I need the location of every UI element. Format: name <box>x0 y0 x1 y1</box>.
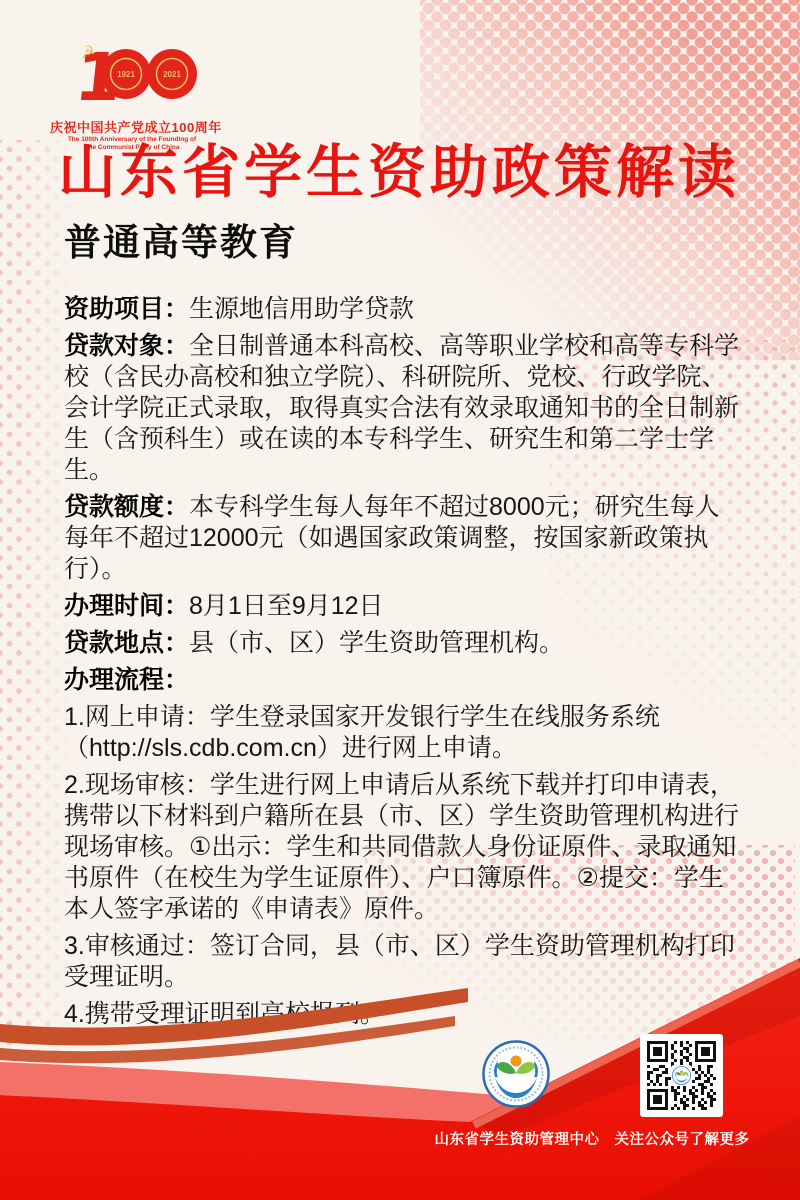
student-aid-center-logo <box>482 1040 550 1108</box>
item-process-heading: 办理流程： <box>64 665 744 696</box>
qr-code <box>640 1034 723 1117</box>
qr-center-logo <box>671 1065 692 1086</box>
item-aid-program: 资助项目：生源地信用助学贷款 <box>64 294 744 325</box>
anniversary-100-logo: 1 1921 2021 ☭ 庆祝中国共产党成立100周年 The 100th A… <box>50 36 214 151</box>
poster-root: 1 1921 2021 ☭ 庆祝中国共产党成立100周年 The 100th A… <box>0 0 800 1200</box>
year-right: 2021 <box>163 70 181 79</box>
anniversary-caption-cn: 庆祝中国共产党成立100周年 <box>50 117 214 136</box>
item-step-2: 2.现场审核：学生进行网上申请后从系统下载并打印申请表，携带以下材料到户籍所在县… <box>64 770 744 925</box>
footer-qr-caption: 关注公众号了解更多 <box>596 1128 768 1149</box>
qr-finder-bottom-left <box>647 1089 668 1110</box>
item-step-1: 1.网上申请：学生登录国家开发银行学生在线服务系统（http://sls.cdb… <box>64 702 744 764</box>
item-apply-time: 办理时间：8月1日至9月12日 <box>64 591 744 622</box>
page-title: 山东省学生资助政策解读 <box>0 142 800 204</box>
item-loan-target: 贷款对象：全日制普通本科高校、高等职业学校和高等专科学校（含民办高校和独立学院）… <box>64 331 744 486</box>
ribbon-stripe-upper <box>0 988 468 1045</box>
item-loan-amount: 贷款额度：本专科学生每人每年不超过8000元；研究生每人每年不超过12000元（… <box>64 492 744 585</box>
subtitle: 普通高等教育 <box>64 222 298 264</box>
qr-finder-top-left <box>647 1041 668 1062</box>
100-emblem-icon: 1 1921 2021 ☭ <box>66 36 198 110</box>
footer-org-name: 山东省学生资助管理中心 <box>408 1128 626 1149</box>
qr-finder-top-right <box>695 1041 716 1062</box>
item-loan-place: 贷款地点：县（市、区）学生资助管理机构。 <box>64 628 744 659</box>
year-left: 1921 <box>117 70 135 79</box>
